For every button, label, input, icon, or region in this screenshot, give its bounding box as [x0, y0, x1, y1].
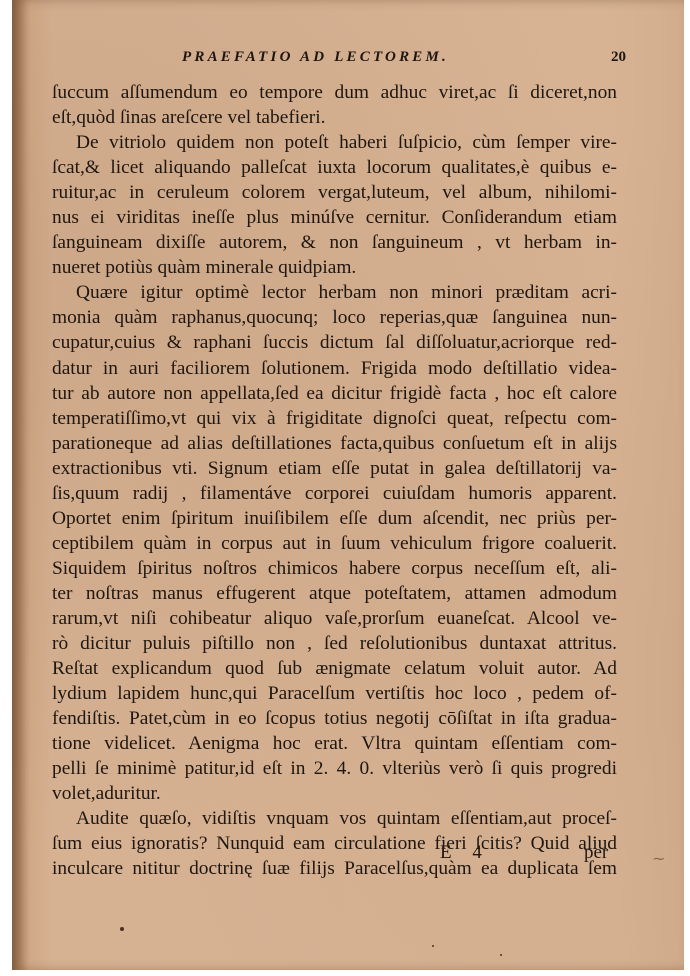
ink-speck: [120, 927, 124, 931]
ink-speck: [500, 954, 502, 956]
signature-mark: E 4: [440, 842, 490, 864]
text-line: nus ei viriditas ineſſe plus minúſve cer…: [52, 205, 617, 230]
text-line: parationeque ad alias deſtillationes fac…: [52, 431, 617, 456]
paragraph-start: Audite quæſo, vidiſtis vnquam vos quinta…: [52, 806, 617, 831]
text-line: ſuccum aſſumendum eo tempore dum adhuc v…: [52, 80, 617, 105]
text-line: rarum,vt niſi cohibeatur aliquo vaſe,pro…: [52, 606, 617, 631]
text-line: fendiſtis. Patet,cùm in eo ſcopus totius…: [52, 706, 617, 731]
text-line: ruitur,ac in ceruleum colorem vergat,lut…: [52, 180, 617, 205]
text-line: Oportet enim ſpiritum inuiſibilem eſſe d…: [52, 506, 617, 531]
text-line: tione videlicet. Aenigma hoc erat. Vltra…: [52, 731, 617, 756]
text-line: cupatur,cuius & raphani ſuccis dictum ſa…: [52, 330, 617, 355]
body-text: ſuccum aſſumendum eo tempore dum adhuc v…: [52, 80, 617, 882]
paragraph-start: De vitriolo quidem non poteſt haberi ſuſ…: [52, 130, 617, 155]
text-line: temperatiſſimo,vt qui vix à frigiditate …: [52, 406, 617, 431]
ink-speck: [432, 945, 434, 947]
running-title: PRAEFATIO AD LECTOREM.: [182, 49, 449, 66]
gutter-shadow: [12, 0, 30, 970]
text-line: ſcat,& licet aliquando palleſcat iuxta l…: [52, 155, 617, 180]
text-line: ceptibilem quàm in corpus aut in ſuum ve…: [52, 531, 617, 556]
text-line: ſanguineam dixiſſe autorem, & non ſangui…: [52, 230, 617, 255]
text-line: rò dicitur puluis piſtillo non , ſed reſ…: [52, 631, 617, 656]
text-line: monia quàm raphanus,quocunq; loco reperi…: [52, 305, 617, 330]
text-line: tur ab autore non appellata,ſed ea dicit…: [52, 381, 617, 406]
paragraph-start: Quære igitur optimè lector herbam non mi…: [52, 280, 617, 305]
text-line: datur in auri faciliorem ſolutionem. Fri…: [52, 356, 617, 381]
pen-mark-icon: ~: [652, 849, 665, 868]
text-line: ſis,quum radij , filamentáve corporei cu…: [52, 481, 617, 506]
catchword: per: [584, 842, 608, 864]
text-line: pelli ſe minimè patitur,id eſt in 2. 4. …: [52, 756, 617, 781]
text-line: eſt,quòd ſinas areſcere vel tabefieri.: [52, 105, 617, 130]
text-line: Reſtat explicandum quod ſub ænigmate cel…: [52, 656, 617, 681]
text-line: nueret potiùs quàm minerale quidpiam.: [52, 255, 617, 280]
text-line: Siquidem ſpiritus noſtros chimicos haber…: [52, 556, 617, 581]
running-header: PRAEFATIO AD LECTOREM. 20: [172, 49, 632, 71]
page-footer: E 4 per: [12, 842, 684, 868]
text-line: lydium lapidem hunc,qui Paracelſum verti…: [52, 681, 617, 706]
text-line: extractionibus vti. Signum etiam eſſe pu…: [52, 456, 617, 481]
book-page: PRAEFATIO AD LECTOREM. 20 ſuccum aſſumen…: [12, 0, 684, 970]
text-line: ter noſtras manus effugerent atque poteſ…: [52, 581, 617, 606]
folio-number: 20: [611, 49, 626, 66]
text-line: volet,aduritur.: [52, 781, 617, 806]
